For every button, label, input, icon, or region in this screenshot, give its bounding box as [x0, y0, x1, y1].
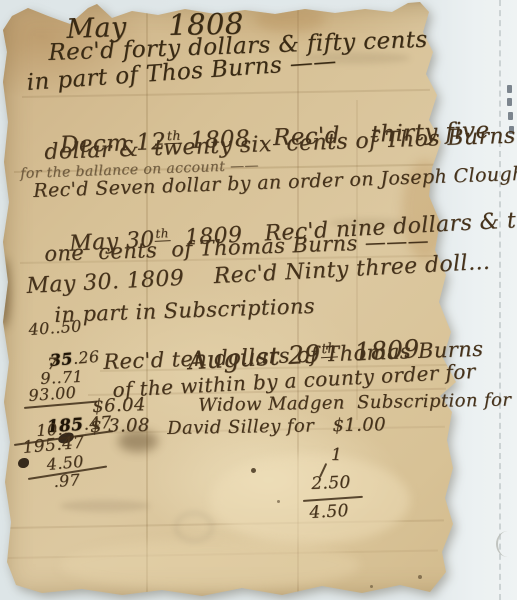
- ink-speck: [277, 500, 280, 503]
- show-through-mark: [175, 512, 213, 542]
- ink-speck: [418, 575, 422, 579]
- footer-sum-mid: 2.50: [311, 475, 351, 493]
- footer-sum-total: 4.50: [309, 503, 349, 522]
- footer-sum-top: 1: [331, 447, 342, 464]
- ink-speck: [370, 585, 373, 588]
- entry-line: David Silley for $1.00: [167, 416, 386, 438]
- scanned-document: May 1808 Rec'd forty dollars & fifty cen…: [0, 0, 517, 600]
- stain: [60, 540, 360, 590]
- ink-speck: [251, 468, 256, 473]
- show-through-mark: [60, 500, 150, 512]
- ink-blot: [18, 458, 29, 468]
- stain: [255, 6, 325, 32]
- stain: [0, 258, 10, 328]
- ledger-digits: .26: [72, 347, 100, 368]
- ledger-value: .97: [53, 472, 81, 490]
